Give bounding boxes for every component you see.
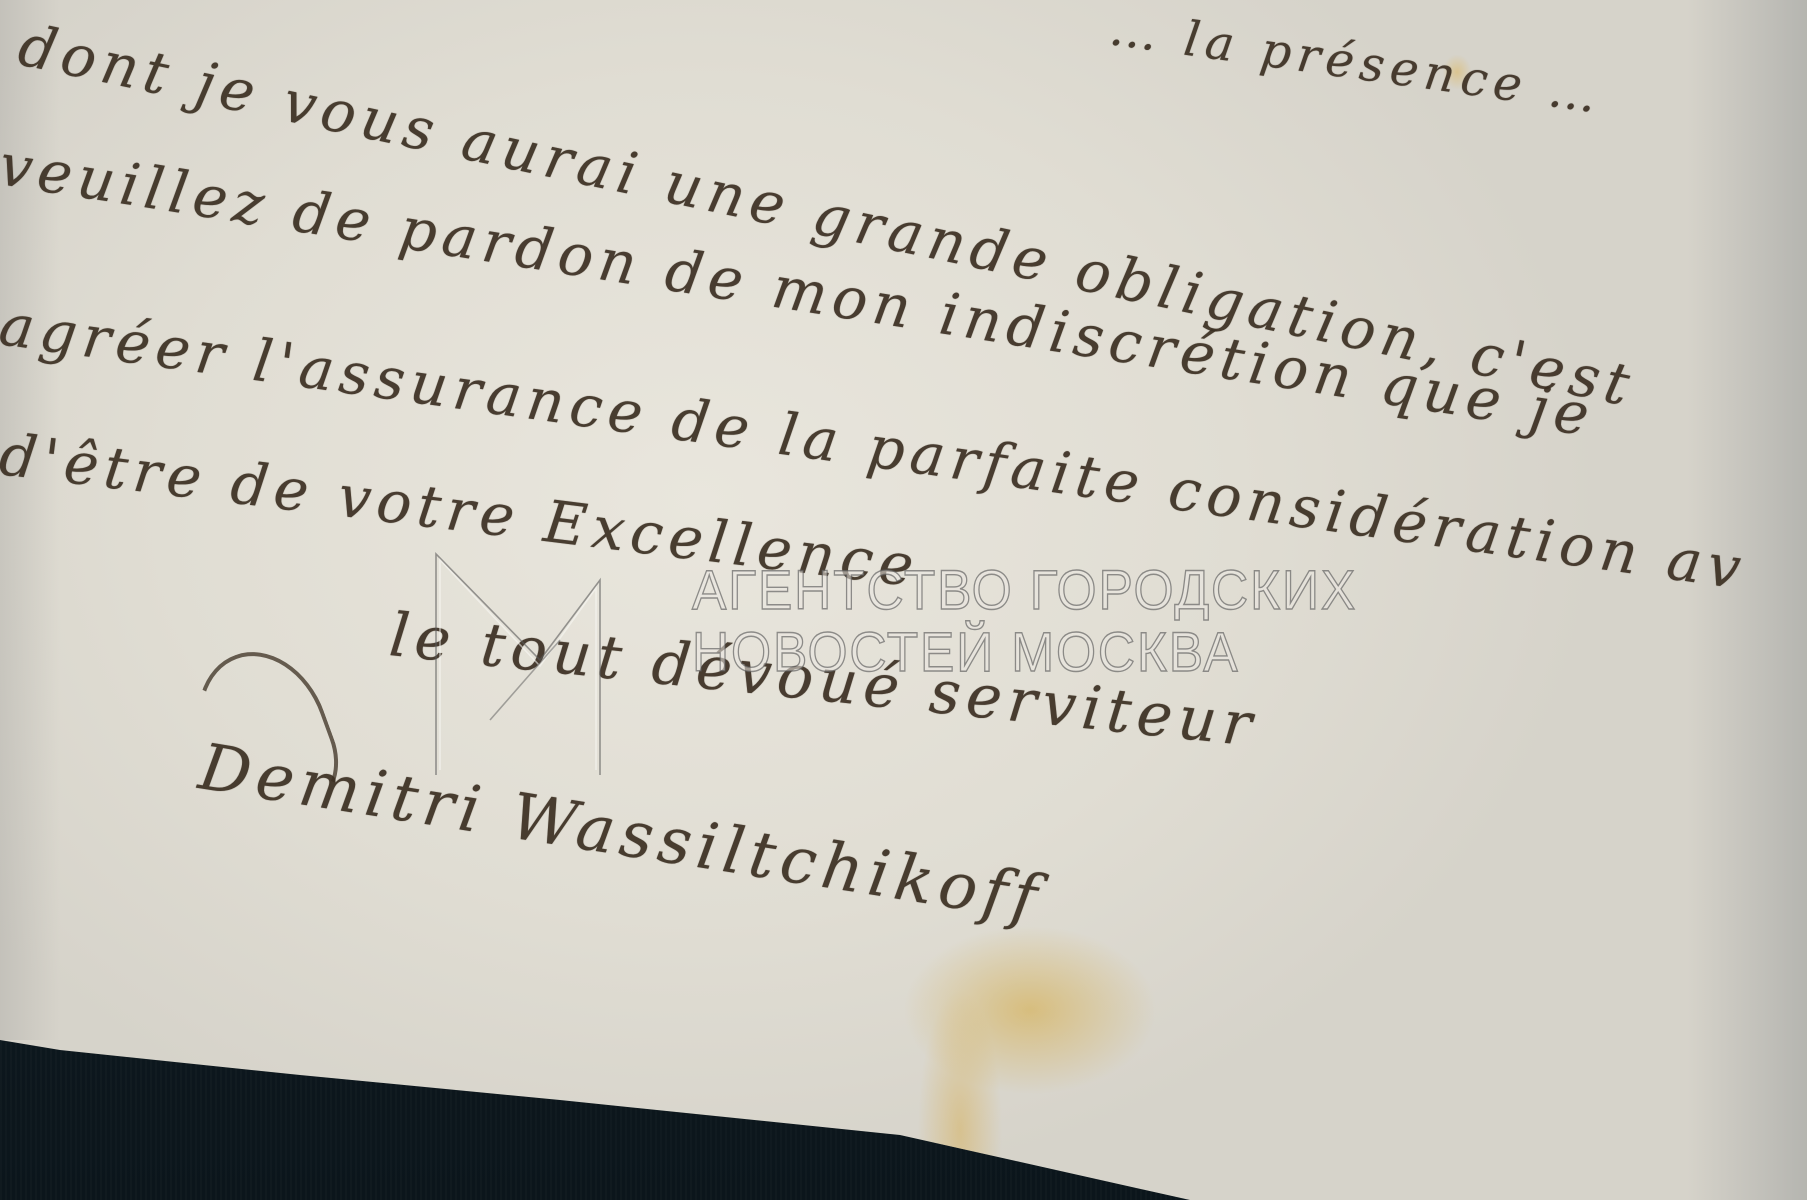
letter-signature: Demitri Wassiltchikoff: [194, 730, 1047, 936]
photo-scene: … la présence … dont je vous aurai une g…: [0, 0, 1807, 1200]
letter-line-1: … la présence …: [1106, 0, 1606, 125]
letter-paper: … la présence … dont je vous aurai une g…: [0, 0, 1807, 1200]
right-vignette: [1687, 0, 1807, 1200]
letter-closing: le tout dévoué serviteur: [386, 600, 1261, 761]
